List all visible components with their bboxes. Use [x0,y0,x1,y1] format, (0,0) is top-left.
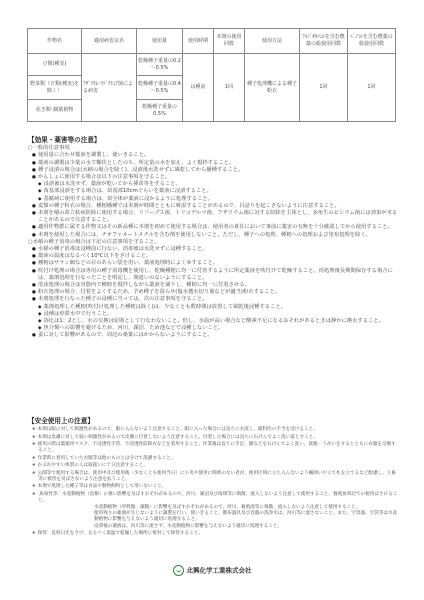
list-item: 適用作物群に属する作物又はその新品種に本剤を初めて使用する場合は、使用者の責任に… [28,224,400,231]
list-item: 種子浸漬の場合は(水稲の場合を除く)、浸漬後水洗せずに風乾してから播種すること。 [28,167,400,174]
count-cell: 1回 [214,54,245,122]
total1-cell: 1回 [300,54,348,122]
company-footer: 北興化学工業株式会社 [0,565,424,576]
list-item: 薬液の調製は少量の水で糊状としたのち、所定量の水を加え、よく撹拌すること。 [28,160,400,167]
crop-cell: 花き類･観葉植物 [28,100,82,122]
storage-item: 保管：直射日光をさけ、なるべく低温で乾燥した場所に密封して保管すること。 [28,530,400,537]
rice-heading: ○水稲の種子消毒の場合は下記の注意事項を守ること。 [28,239,400,246]
crop-cell: 野菜類（豆類(種実)を除く） [28,76,82,100]
safety-item: 本剤は眼に対して刺激性があるので、眼に入らないよう注意すること。眼に入った場合に… [28,426,400,433]
list-item: 苗基部浸漬をする場合は、苗基部10cmぐらいを薬液に浸漬すること。 [28,188,400,195]
disease-cell: ﾌｻﾞﾘｳﾑ･ﾘｿﾞｸﾄﾆｱ菌による病害 [82,54,137,122]
header-total-fludioxonil: ﾌﾙｼﾞｵｷｿﾆﾙを含む農薬の総使用回数 [300,29,348,54]
method-cell: 種子処理機による種子粉衣 [245,54,300,122]
table-header-row: 作物名 適用病害虫名 使用量 使用時期 本剤の使用回数 使用方法 ﾌﾙｼﾞｵｷｿ… [28,29,396,54]
list-item: 吹付け処理の場合は専用の種子消毒機を使用し、乾燥種籾に均一に付着するように所定薬… [28,268,400,282]
list-item: 本剤を使用した場合には、チオファネートメチルを含む剤を使用しないこと。ただし、種… [28,232,400,239]
list-item: 使用量に合わせ薬液を調製し、使いきること。 [28,152,400,159]
header-amount: 使用量 [137,29,183,54]
timing-cell: は種前 [183,54,214,122]
safety-item: 本剤で処理した種子等は食品や動物飼料として用いないこと。 [28,483,400,490]
rice-list: 水稲の種子消毒は浸種前に行ない、消毒後は水洗せずに浸種すること。薬液の温度はなる… [28,246,400,340]
table-row: 豆類(種実) ﾌｻﾞﾘｳﾑ･ﾘｿﾞｸﾄﾆｱ菌による病害 乾燥種子重量の0.2～0… [28,54,396,76]
safety-item: 公園等で使用する場合は、使用中及び使用後（少なくとも使用当日）に小児や使用に関係… [28,470,400,484]
safety-item: かぶれやすい体質の人は取扱いに十分注意すること。 [28,462,400,469]
company-name: 北興化学工業株式会社 [187,567,252,575]
safety-title: 【安全使用上の注意】 [28,418,400,425]
list-item: 種籾はサラン網などの目のあらい袋を用い、薬液処理時によくゆすること。 [28,260,400,267]
safety-list: 本剤は眼に対して刺激性があるので、眼に入らないよう注意すること。眼に入った場合に… [28,426,400,491]
fish-line: 使用残りの薬液が生じないように調製を行い、使いきること。散布器具及び容器の洗浄水… [28,511,400,524]
amount-cell: 乾燥種子重量の0.4～0.5% [137,76,183,100]
fish-toxicity-item: 魚毒性等：水産動植物（魚類）に強い影響を及ぼすおそれがあるので、河川、湖沼及び海… [28,491,400,505]
company-logo-icon [173,565,184,576]
amount-cell: 乾燥種子重量の0.2～0.5% [137,54,183,76]
document-page: 作物名 適用病害虫名 使用量 使用時期 本剤の使用回数 使用方法 ﾌﾙｼﾞｵｷｿ… [0,0,424,600]
list-item: 蚕に対して影響があるので、周辺の桑葉にはかからないようにすること。 [28,332,400,339]
list-item: 本剤を稲の苗立枯病防除に使用する場合、リゾープス菌、トリコデルマ菌、フザリウム菌… [28,210,400,224]
application-table: 作物名 適用病害虫名 使用量 使用時期 本剤の使用回数 使用方法 ﾌﾙｼﾞｵｷｿ… [27,28,396,122]
list-item: 本剤処理を行なった種子の浸種に当っては、次の注意事項を守ること。 [28,296,400,303]
amount-cell: 乾燥種子重量の0.5% [137,100,183,122]
header-crop: 作物名 [28,29,82,54]
fish-label: 魚毒性等： [39,492,62,497]
list-item: 麦類の種子粉衣の場合、種籾播種では本剤が時間とともに吸湿することがあるので、目詰… [28,203,400,210]
total2-cell: 1回 [348,54,396,122]
safety-section: 【安全使用上の注意】 本剤は眼に対して刺激性があるので、眼に入らないよう注意する… [28,418,400,538]
safety-item: 本剤は皮膚に対して弱い刺激性があるので皮膚に付着しないよう注意すること。付着した… [28,434,400,441]
general-list: 使用量に合わせ薬液を調製し、使いきること。薬液の調製は少量の水で糊状としたのち、… [28,152,400,238]
list-item: 基腐病に使用する場合は、苗全体が薬液に浸かるように処理すること。 [28,196,400,203]
header-method: 使用方法 [245,29,300,54]
list-item: 浸種は停滞水中で行うこと。 [28,311,400,318]
effects-title: 【効果・薬害等の注意】 [28,137,400,144]
header-disease: 適用病害虫名 [82,29,137,54]
safety-item: 作業時に着用していた衣服等は他のものとは分けて洗濯すること。 [28,455,400,462]
header-timing: 使用時期 [183,29,214,54]
safety-item: 使用の際は農薬用マスク、不浸透性手袋、不浸透性防除衣などを着用すること。作業後は… [28,441,400,455]
list-item: 薬剤処理した種籾(吹付け処理した種籾は除く)は、少なくとも数時間は放置して風乾後… [28,304,400,311]
header-total-benomyl: ﾍﾞﾉﾐﾙを含む農薬の総使用回数 [348,29,396,54]
effects-section: 【効果・薬害等の注意】 ○一般的注意事項 使用量に合わせ薬液を調製し、使いきるこ… [28,137,400,340]
header-count: 本剤の使用回数 [214,29,245,54]
crop-cell: 豆類(種実) [28,54,82,76]
